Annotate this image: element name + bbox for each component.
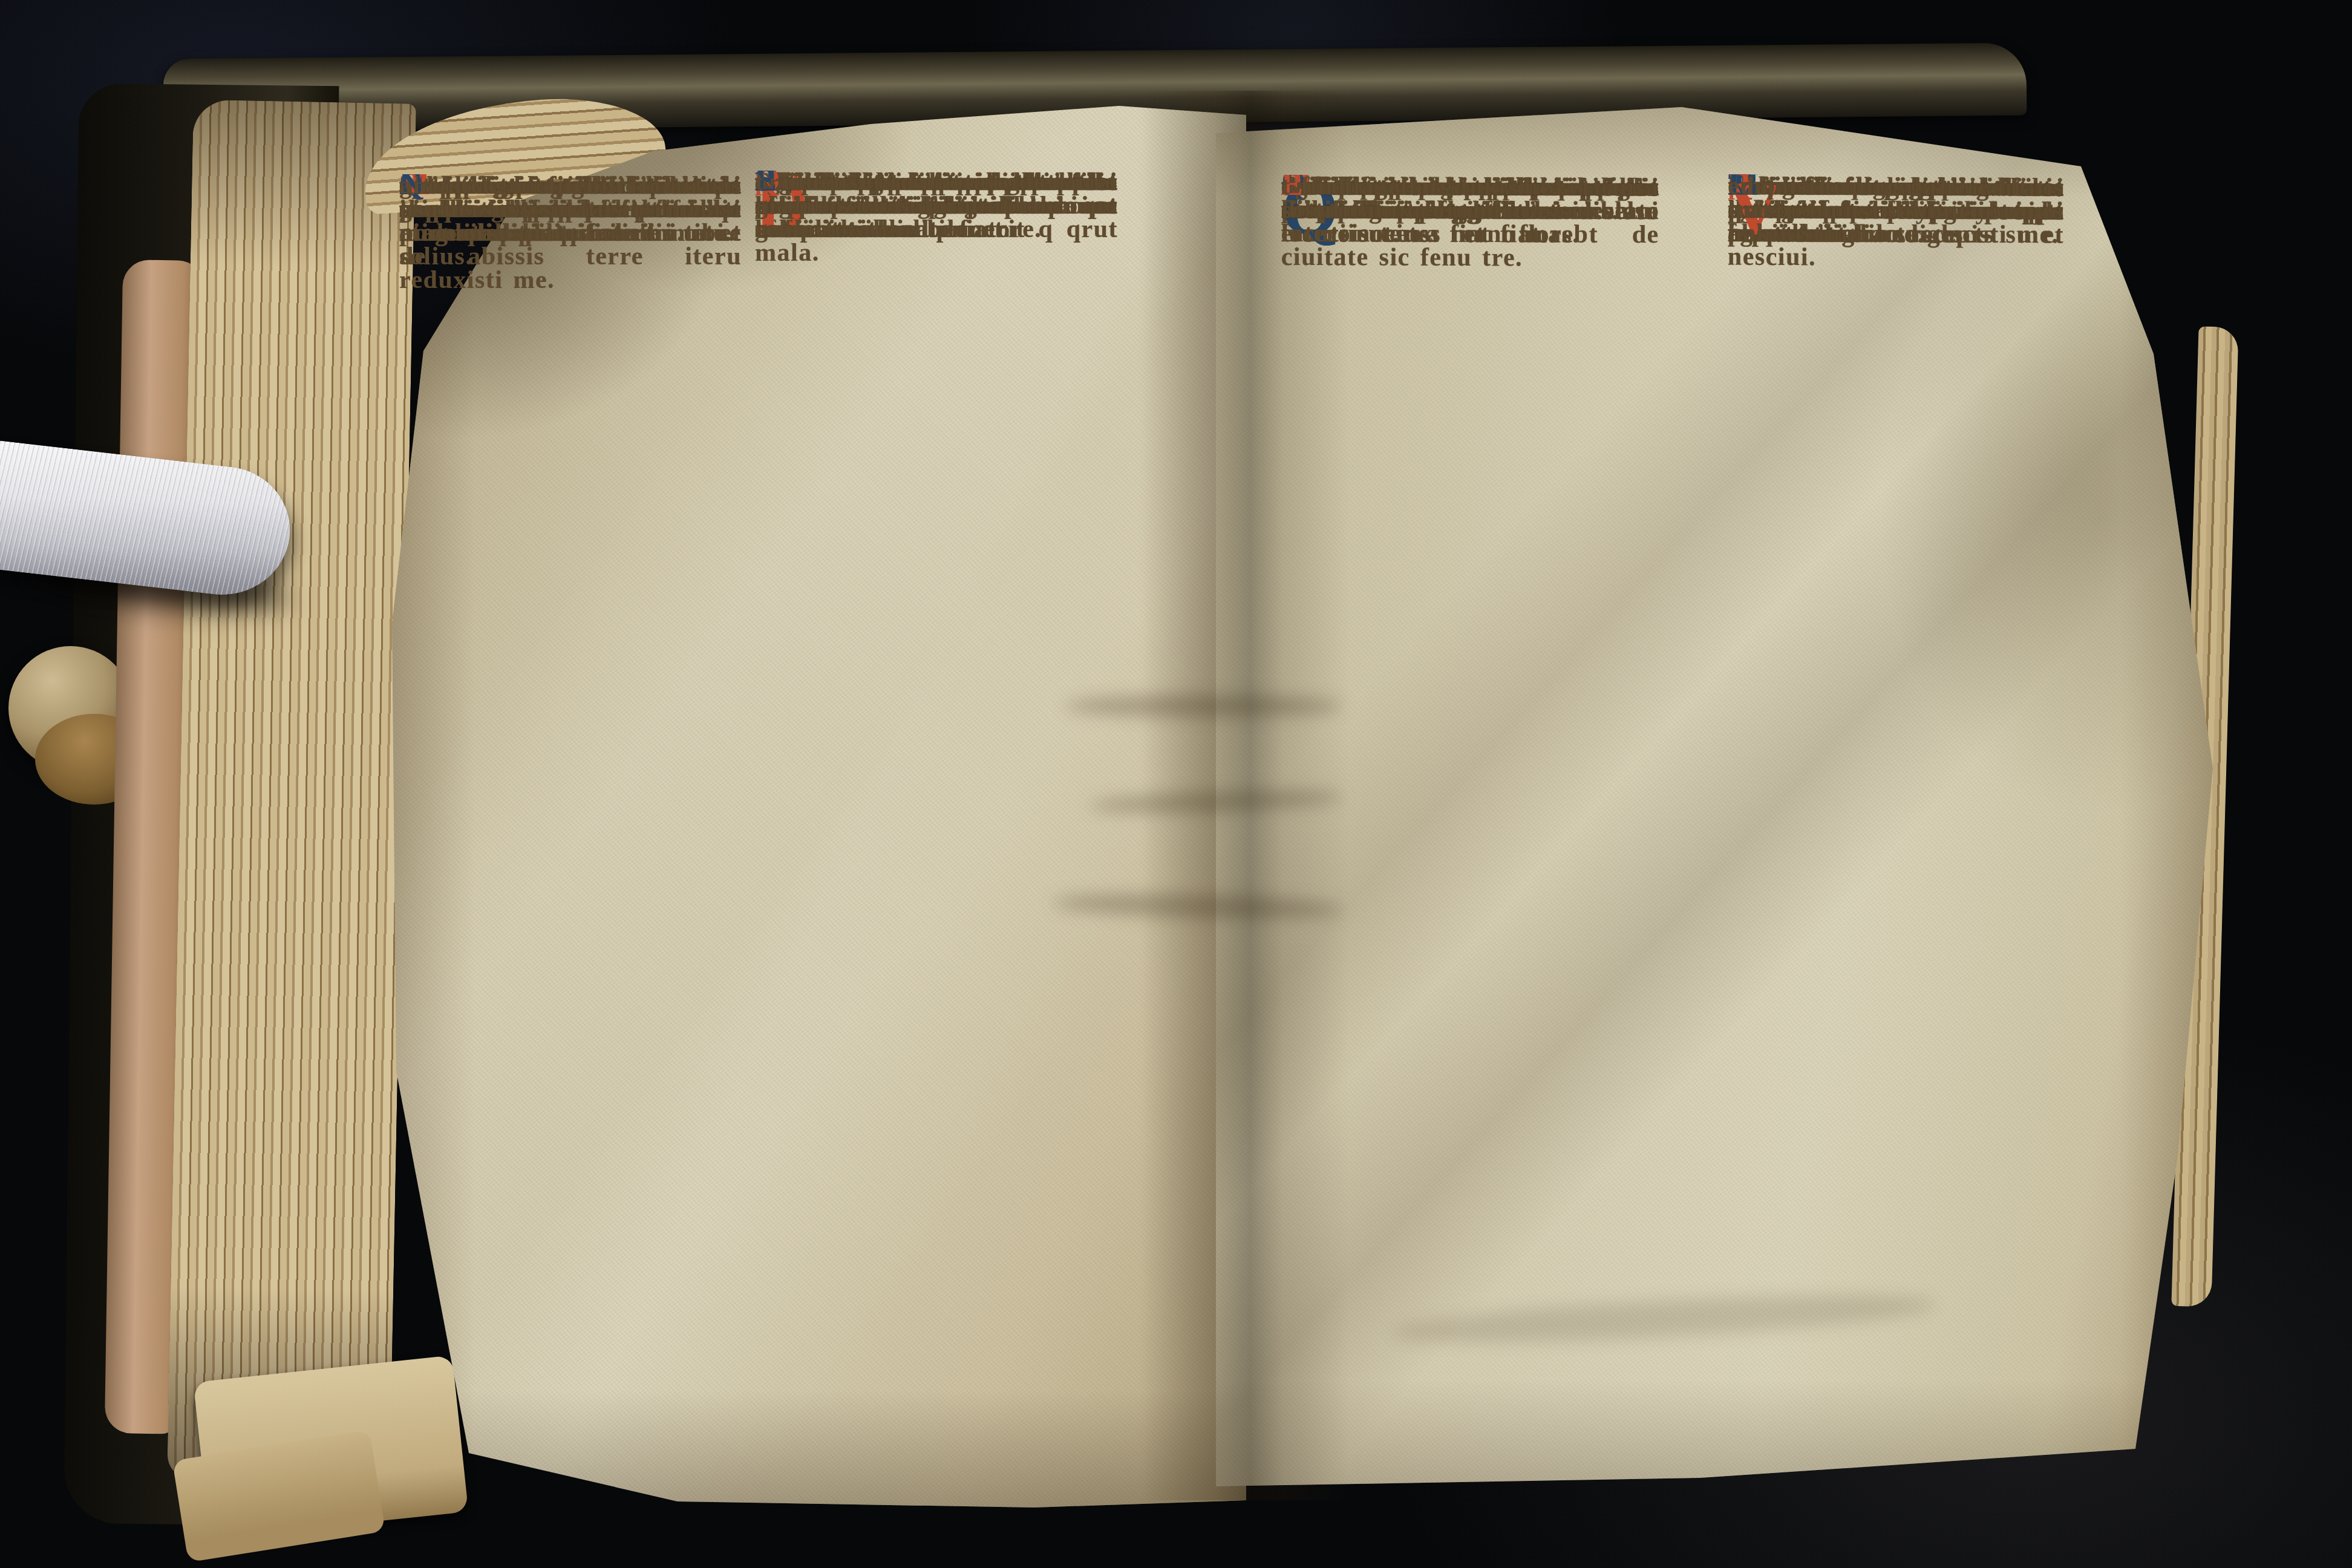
verse-text: am et ego cfitebor t i uasis psa — [399, 174, 742, 221]
verse-text: edemisti uirga hereditatis tue: mons syo… — [1728, 175, 2065, 247]
right-page-column-2: castigacio ma in matutinis. Si diceba na… — [1722, 175, 2064, 1241]
left-page-column-1: tanq pdigiu fcs su multis: et tu adiutoz… — [399, 174, 742, 1282]
verse-text: t uiuet et dabit ei de auro arabie: et a… — [755, 171, 1118, 241]
right-page-column-1: nedicent ei. Et erit firmametu i tra i s… — [1278, 175, 1659, 1268]
manuscript-photo: tanq pdigiu fcs su multis: et tu adiutoz… — [0, 0, 2352, 1568]
page-edges-left-stack — [167, 100, 416, 1483]
verse-text: eua — [1728, 175, 1769, 198]
verse-text: t fui flagellats tota die. et — [1281, 175, 1591, 200]
left-page-column-2: lmi iuare tua ds. psallam tibi i cithara… — [755, 171, 1118, 1290]
